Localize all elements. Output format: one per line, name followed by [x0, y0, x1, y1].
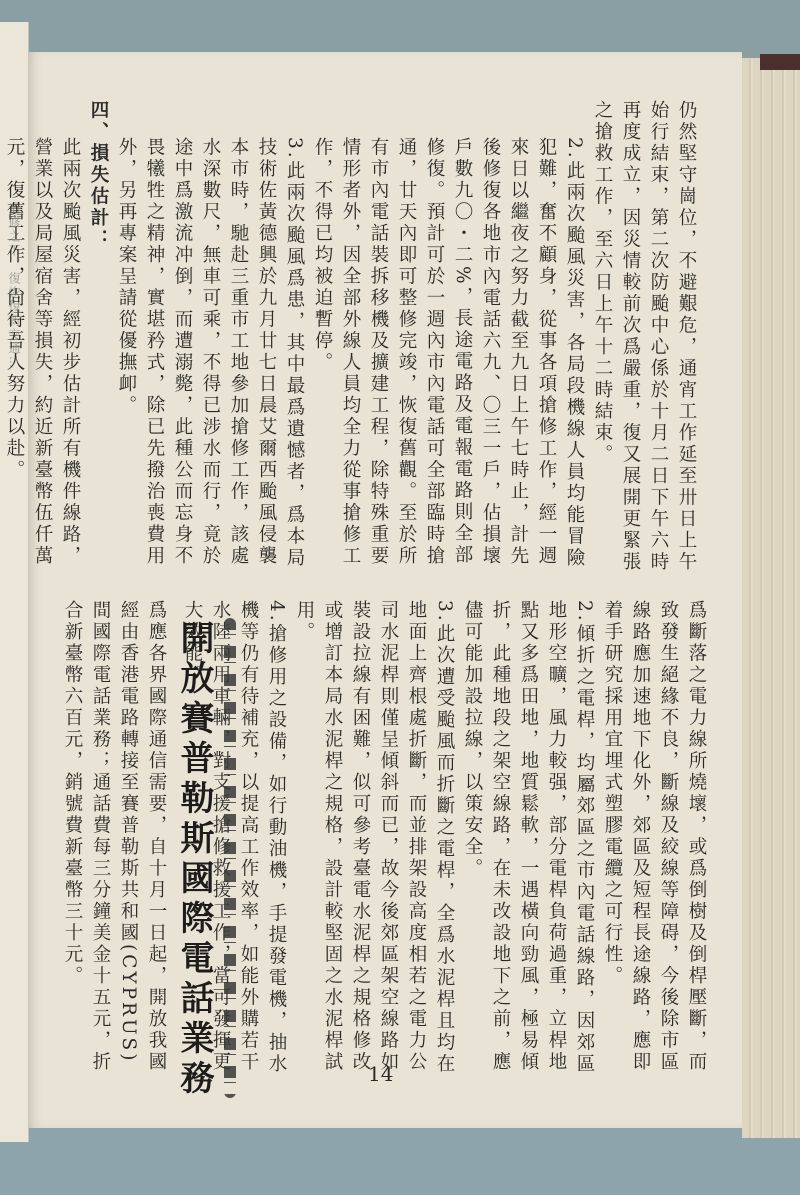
- section-heading-loss-estimate: 四、損失估計：: [84, 100, 112, 580]
- decorative-chain-divider: [224, 618, 236, 1098]
- paragraph-item-3: 3.此兩次颱風爲患，其中最爲遺憾者，爲本局技術佐黃德興於九月廿七日晨艾爾西颱風侵…: [112, 100, 308, 580]
- lower-review-section: 爲斷落之電力線所燒壞，或爲倒樹及倒桿壓斷，而致發生絕緣不良，斷線及絞線等障碍，今…: [250, 600, 710, 1080]
- book-cover-edge: [760, 54, 800, 70]
- paragraph-loss-estimate: 此兩次颱風災害，經初步估計所有機件線路，營業以及局屋宿舍等損失，約近新臺幣伍仟萬…: [0, 100, 84, 580]
- paragraph-review-item-2: 2.傾折之電桿，均屬郊區之市內電話線路，因郊區地形空曠，風力較强，部分電桿負荷過…: [458, 600, 598, 1080]
- paragraph-continuation-lower: 爲斷落之電力線所燒壞，或爲倒樹及倒桿壓斷，而致發生絕緣不良，斷線及絞線等障碍，今…: [598, 600, 710, 1080]
- article-body: 爲應各界國際通信需要，自十月一日起，開放我國經由香港電路轉接至賽普勒斯共和國(C…: [58, 600, 170, 1080]
- page-number: 14: [368, 1062, 393, 1086]
- article-body-section: 爲應各界國際通信需要，自十月一日起，開放我國經由香港電路轉接至賽普勒斯共和國(C…: [80, 600, 170, 1080]
- upper-text-section: 仍然堅守崗位，不避艱危，通宵工作延至卅日上午始行結束，第二次防颱中心係於十月二日…: [80, 100, 700, 580]
- paragraph-item-2: 2.此兩次颱風災害，各局段機線人員均能冒險犯難，奮不顧身，從事各項搶修工作，經一…: [308, 100, 588, 580]
- page-stack-edges: [742, 58, 800, 1138]
- paragraph-review-item-3: 3.此次遭受颱風而折斷之電桿，全爲水泥桿且均在地面上齊根處折斷，而並排架設高度相…: [290, 600, 458, 1080]
- background-top: [0, 0, 800, 58]
- article-title: 開放賽普勒斯國際電話業務: [170, 620, 218, 1100]
- paragraph-continuation: 仍然堅守崗位，不避艱危，通宵工作延至卅日上午始行結束，第二次防颱中心係於十月二日…: [588, 100, 700, 580]
- background-bottom: [0, 1128, 800, 1195]
